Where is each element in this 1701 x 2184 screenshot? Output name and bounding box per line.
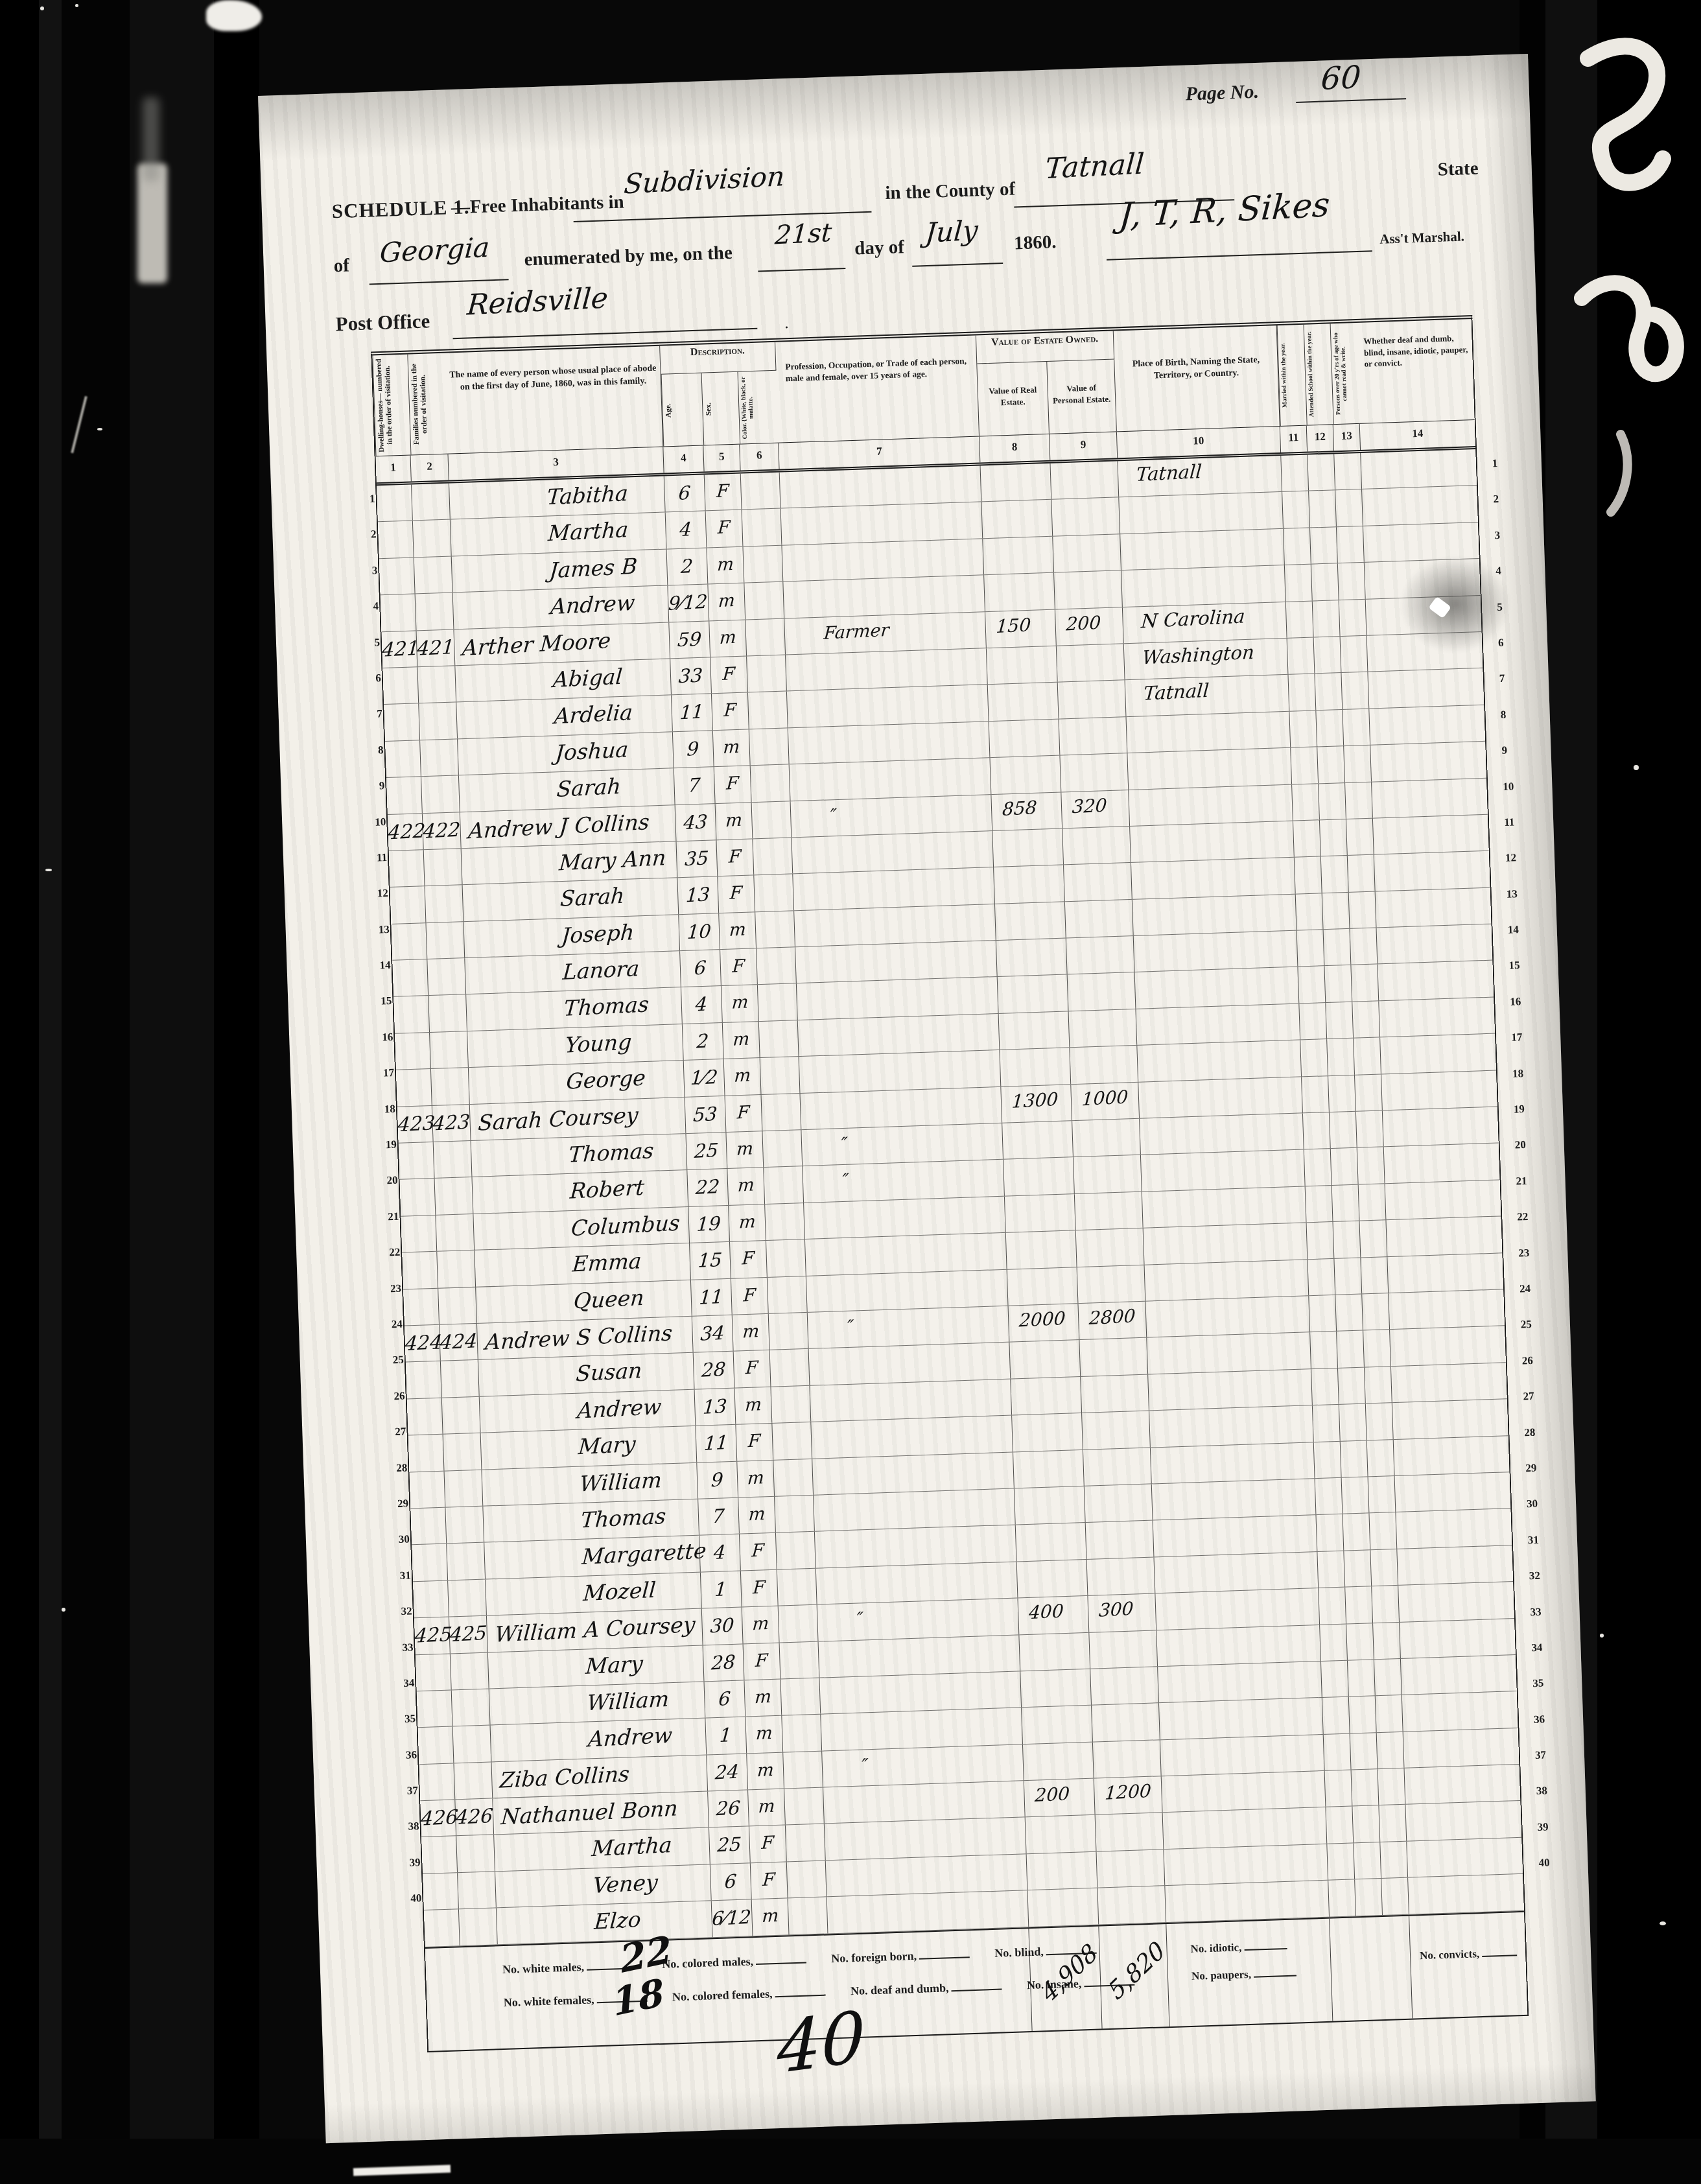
family-number-cell — [445, 1507, 484, 1544]
married-cell — [1291, 747, 1319, 784]
school-cell — [1326, 1002, 1354, 1039]
row-number: 7 — [1499, 657, 1530, 694]
name-cell: Martha — [451, 513, 667, 556]
condition-cell — [1369, 705, 1485, 745]
color-cell — [760, 1057, 801, 1094]
dwelling-number-cell — [410, 1508, 447, 1545]
personal-estate-cell — [1075, 1192, 1144, 1230]
school-cell — [1349, 1696, 1377, 1733]
cannot-read-cell — [1357, 1147, 1385, 1184]
married-cell — [1311, 1368, 1339, 1405]
sex-cell: m — [748, 1789, 786, 1826]
school-cell — [1338, 1367, 1366, 1404]
col5-header: Sex. — [701, 372, 740, 445]
name-cell: Emma — [475, 1243, 691, 1286]
birthplace-cell — [1141, 1150, 1306, 1192]
col6-header: Color. {White, black, or mulatto. — [738, 371, 779, 444]
sex-cell: m — [752, 1899, 790, 1936]
name-cell: Abigal — [455, 659, 672, 701]
row-number: 37 — [1534, 1734, 1566, 1771]
age-cell: 13 — [695, 1388, 736, 1425]
condition-cell — [1363, 523, 1479, 562]
film-speck — [40, 6, 44, 10]
dwelling-number-cell — [385, 740, 421, 777]
real-estate-cell — [1005, 1194, 1076, 1232]
col12-header: Attended School within the year. — [1304, 323, 1333, 425]
row-number: 38 — [1536, 1770, 1567, 1807]
color-cell — [749, 728, 790, 765]
film-splotch — [206, 0, 262, 31]
school-cell — [1309, 491, 1337, 528]
name-cell: Queen — [476, 1280, 692, 1322]
school-cell — [1345, 1586, 1373, 1623]
age-cell: 4 — [681, 987, 723, 1024]
condition-cell — [1385, 1180, 1501, 1219]
sex-cell: m — [747, 1752, 784, 1789]
white-females-total: 18 — [611, 1969, 666, 2025]
real-estate-cell — [1017, 1560, 1088, 1598]
birthplace-cell — [1165, 1881, 1330, 1922]
occupation-cell — [797, 977, 999, 1020]
age-cell: 15 — [690, 1242, 731, 1279]
dwelling-number-cell — [403, 1288, 440, 1325]
school-cell — [1348, 1660, 1376, 1697]
married-cell — [1304, 1149, 1332, 1186]
cannot-read-cell — [1366, 1403, 1394, 1440]
occupation-cell — [809, 1343, 1011, 1385]
cannot-read-cell — [1344, 746, 1372, 782]
age-cell: 34 — [692, 1315, 734, 1352]
real-estate-cell: 858 — [991, 792, 1062, 830]
post-office-underline — [453, 327, 758, 340]
school-cell — [1355, 1879, 1383, 1916]
dwelling-number-cell — [382, 667, 419, 704]
convicts-label: No. convicts, — [1420, 1947, 1480, 1962]
color-cell — [758, 984, 798, 1021]
school-cell — [1332, 1184, 1360, 1221]
film-speck — [1600, 1634, 1604, 1638]
family-number-cell — [428, 995, 467, 1032]
cannot-read-cell — [1372, 1586, 1400, 1623]
dwelling-number-cell — [390, 886, 427, 923]
sex-cell: F — [714, 766, 752, 803]
occupation-cell — [790, 758, 992, 801]
row-number: 33 — [382, 1626, 414, 1663]
row-number: 22 — [370, 1232, 401, 1269]
condition-cell — [1372, 778, 1488, 817]
birthplace-cell — [1162, 1771, 1326, 1813]
condition-cell — [1378, 961, 1494, 1000]
age-cell: 11 — [672, 694, 713, 731]
occupation-cell — [816, 1562, 1018, 1604]
row-number: 8 — [353, 729, 384, 766]
dwelling-number-cell — [392, 959, 428, 996]
married-cell — [1319, 1588, 1346, 1625]
row-number: 21 — [1516, 1160, 1547, 1197]
row-number: 26 — [1521, 1339, 1553, 1376]
personal-estate-cell — [1089, 1630, 1158, 1669]
name-cell: Nathanuel Bonn — [493, 1791, 709, 1834]
married-cell — [1286, 601, 1314, 638]
marshal-signature: J, T, R, Sikes — [1118, 185, 1331, 235]
condition-cell — [1392, 1399, 1508, 1438]
family-number-cell — [425, 886, 464, 922]
school-cell — [1313, 600, 1341, 637]
condition-cell — [1398, 1582, 1514, 1621]
sex-cell: F — [716, 839, 754, 876]
condition-cell — [1366, 595, 1482, 635]
dwelling-number-cell — [396, 1069, 432, 1106]
personal-estate-cell — [1090, 1667, 1159, 1705]
film-speck — [1660, 1921, 1666, 1925]
condition-cell — [1362, 486, 1478, 525]
row-number: 5 — [349, 622, 381, 659]
married-cell — [1299, 1003, 1327, 1040]
personal-estate-cell — [1076, 1228, 1145, 1267]
name-cell: William A Coursey — [487, 1609, 703, 1652]
row-number: 22 — [1516, 1195, 1547, 1232]
row-number: 29 — [1525, 1447, 1556, 1484]
sex-cell: m — [744, 1679, 782, 1716]
family-number-cell — [454, 1762, 493, 1799]
occupation-cell — [810, 1379, 1012, 1422]
personal-estate-cell — [1058, 680, 1127, 718]
row-number: 31 — [1527, 1518, 1558, 1555]
row-number: 2 — [1493, 478, 1524, 515]
birthplace-cell — [1149, 1405, 1314, 1447]
married-cell — [1297, 930, 1325, 967]
school-cell — [1334, 1258, 1362, 1295]
married-cell — [1313, 1405, 1341, 1442]
marshal-title: Ass't Marshal. — [1379, 228, 1464, 247]
real-estate-cell — [1006, 1230, 1077, 1269]
family-number-cell — [456, 1835, 495, 1872]
married-cell — [1289, 710, 1317, 747]
personal-estate-cell: 2800 — [1078, 1302, 1147, 1340]
birthplace-cell — [1120, 529, 1285, 570]
cannot-read-cell — [1334, 453, 1362, 490]
occupation-cell: ″ — [801, 1123, 1003, 1166]
personal-estate-cell — [1066, 936, 1135, 974]
month-underline — [912, 262, 1003, 267]
real-estate-cell — [1027, 1888, 1099, 1927]
row-number: 32 — [382, 1591, 413, 1628]
film-left-strip — [0, 0, 259, 2184]
sex-cell: F — [710, 656, 748, 693]
family-number-cell — [448, 1579, 487, 1616]
real-estate-cell: 400 — [1018, 1596, 1089, 1634]
film-streak-faint — [143, 97, 159, 182]
row-number: 17 — [1510, 1016, 1542, 1053]
cannot-read-cell — [1367, 1440, 1395, 1477]
row-number: 10 — [355, 801, 386, 838]
cannot-read-cell — [1369, 1512, 1397, 1549]
name-cell: Mary Ann — [462, 841, 678, 884]
color-cell — [747, 655, 787, 692]
personal-estate-cell — [1069, 1009, 1138, 1048]
family-number-cell — [419, 703, 458, 740]
personal-estate-cell: 320 — [1061, 790, 1130, 828]
row-number: 1 — [1492, 442, 1523, 479]
married-cell — [1327, 1843, 1355, 1880]
column-number: 1 — [376, 455, 412, 482]
personal-estate-cell — [1054, 570, 1123, 609]
row-number: 2 — [346, 514, 377, 551]
color-cell — [741, 473, 781, 510]
dwelling-number-cell: 423 — [397, 1106, 434, 1143]
personal-estate-cell — [1086, 1521, 1155, 1559]
sex-cell: F — [718, 876, 755, 913]
color-cell — [780, 1641, 820, 1678]
name-cell: Robert — [472, 1170, 688, 1213]
foreign-born-blank — [919, 1956, 970, 1960]
age-cell: 10 — [679, 913, 720, 950]
married-cell — [1298, 967, 1326, 1004]
cannot-read-cell — [1373, 1622, 1401, 1659]
column-number: 9 — [1050, 432, 1118, 460]
school-cell — [1319, 782, 1346, 819]
family-number-cell — [444, 1470, 483, 1507]
condition-cell — [1405, 1765, 1521, 1804]
cannot-read-cell — [1376, 1695, 1403, 1732]
name-cell: Sarah Coursey — [470, 1098, 686, 1140]
birthplace-cell — [1131, 858, 1296, 899]
birthplace-cell — [1130, 821, 1295, 863]
age-cell: 25 — [686, 1133, 727, 1169]
real-estate-cell — [981, 464, 1052, 502]
dwelling-number-cell — [419, 1763, 455, 1800]
sex-cell: F — [725, 1095, 763, 1132]
cannot-read-cell — [1341, 672, 1369, 709]
age-cell: 6 — [664, 475, 706, 511]
real-estate-cell — [1012, 1413, 1083, 1451]
color-cell — [771, 1386, 811, 1423]
occupation-cell — [812, 1452, 1015, 1495]
personal-estate-cell: 1000 — [1071, 1082, 1140, 1120]
film-speck — [45, 869, 52, 871]
occupation-cell — [793, 867, 995, 910]
school-cell — [1311, 563, 1339, 600]
occupation-cell — [782, 539, 984, 581]
real-estate-total-cell: 4,908 — [1029, 1926, 1102, 2030]
color-cell — [769, 1313, 809, 1350]
sex-cell: m — [738, 1497, 776, 1534]
birthplace-cell — [1137, 1040, 1302, 1082]
age-cell: 33 — [670, 657, 712, 694]
sex-cell: F — [736, 1424, 773, 1461]
color-cell — [772, 1422, 812, 1459]
dwelling-number-cell — [413, 1580, 449, 1617]
married-cell — [1308, 1259, 1335, 1296]
row-number: 32 — [1529, 1555, 1560, 1591]
married-cell — [1325, 1770, 1353, 1807]
name-cell: Mary — [481, 1426, 698, 1469]
column-number: 11 — [1280, 426, 1308, 452]
name-cell: Veney — [495, 1864, 712, 1907]
row-number: 4 — [1495, 550, 1526, 587]
occupation-cell — [814, 1488, 1016, 1531]
birthplace-cell — [1156, 1625, 1321, 1666]
family-number-cell — [416, 593, 454, 630]
row-number: 19 — [1513, 1088, 1544, 1125]
row-number: 24 — [1519, 1267, 1550, 1304]
page-no-value: 60 — [1320, 59, 1362, 97]
real-estate-cell — [1009, 1340, 1081, 1378]
month-value: July — [924, 215, 980, 249]
page-total-handwritten: 40 — [777, 1996, 865, 2090]
school-cell — [1344, 1550, 1372, 1587]
family-number-cell — [443, 1433, 482, 1470]
real-estate-cell — [1007, 1267, 1079, 1306]
age-cell: 25 — [709, 1827, 751, 1864]
family-number-cell: 421 — [416, 629, 455, 666]
condition-cell — [1361, 449, 1477, 489]
condition-cell — [1397, 1545, 1513, 1585]
birthplace-cell — [1160, 1735, 1325, 1776]
dwelling-number-cell — [377, 484, 413, 521]
condition-cell — [1405, 1801, 1521, 1840]
personal-estate-cell — [1072, 1119, 1141, 1157]
personal-estate-cell — [1070, 1046, 1138, 1084]
cannot-read-cell — [1354, 1038, 1381, 1075]
birthplace-cell — [1163, 1807, 1328, 1849]
personal-estate-cell — [1082, 1411, 1151, 1450]
color-cell — [788, 1897, 828, 1934]
condition-cell — [1368, 668, 1484, 708]
film-edge-scrawl — [1543, 19, 1698, 538]
occupation-cell — [792, 831, 994, 874]
column-number: 6 — [740, 443, 779, 471]
condition-cell — [1370, 742, 1486, 781]
deaf-dumb-blank — [952, 1988, 1002, 1991]
color-cell — [759, 1020, 799, 1057]
schedule-label: SCHEDULE 1. — [331, 195, 470, 223]
birthplace-cell: Tatnall — [1125, 675, 1290, 716]
personal-estate-cell — [1053, 534, 1121, 572]
row-number: 9 — [354, 765, 385, 802]
personal-estate-cell — [1068, 972, 1136, 1011]
page-no-label: Page No. — [1185, 81, 1259, 106]
column-number: 8 — [980, 434, 1050, 463]
condition-cell — [1379, 997, 1495, 1037]
dwelling-number-cell — [391, 923, 427, 960]
color-cell — [754, 875, 794, 911]
family-number-cell — [453, 1726, 492, 1763]
table-body: Tabitha 6 F Tatnall Martha 4 F James B 2… — [377, 449, 1524, 1947]
cannot-read-cell — [1370, 1549, 1398, 1586]
school-cell — [1315, 673, 1343, 710]
condition-cell — [1394, 1436, 1510, 1475]
dwelling-number-cell — [399, 1142, 435, 1179]
married-cell — [1303, 1112, 1331, 1149]
condition-cell — [1407, 1838, 1523, 1877]
school-cell — [1354, 1842, 1381, 1879]
color-cell — [782, 1715, 822, 1752]
condition-cell — [1365, 559, 1481, 598]
occupation-cell — [823, 1781, 1026, 1824]
personal-estate-cell — [1057, 644, 1125, 682]
personal-estate-cell — [1060, 753, 1129, 792]
state-value: Georgia — [379, 231, 491, 269]
condition-cell — [1373, 815, 1489, 854]
birthplace-cell — [1136, 1004, 1300, 1045]
row-number: 35 — [385, 1698, 416, 1735]
dwelling-number-cell — [424, 1909, 460, 1946]
sex-cell: F — [741, 1569, 779, 1606]
family-number-cell — [426, 922, 465, 959]
cannot-read-cell — [1359, 1220, 1387, 1257]
family-number-cell — [414, 556, 453, 593]
married-cell — [1300, 1039, 1328, 1076]
personal-estate-cell — [1097, 1849, 1166, 1888]
row-number: 31 — [381, 1555, 412, 1591]
sex-cell: m — [709, 620, 747, 657]
row-number: 38 — [389, 1806, 420, 1843]
cannot-read-cell — [1380, 1842, 1408, 1879]
family-number-cell — [431, 1068, 470, 1105]
age-cell: 11 — [696, 1425, 737, 1462]
personal-estate-cell: 1200 — [1094, 1776, 1163, 1814]
family-number-cell: 423 — [432, 1105, 471, 1142]
family-number-cell — [438, 1287, 477, 1324]
sex-cell: m — [724, 1058, 762, 1095]
condition-cell — [1391, 1363, 1507, 1402]
real-estate-cell — [996, 938, 1068, 976]
title-pre: —Free Inhabitants in — [451, 191, 624, 218]
row-number: 11 — [1503, 801, 1534, 838]
school-cell — [1324, 929, 1352, 966]
occupation-cell — [781, 502, 983, 545]
personal-estate-cell — [1050, 461, 1119, 499]
dwelling-number-cell — [406, 1361, 442, 1398]
birthplace-cell — [1152, 1479, 1317, 1520]
personal-estate-cell — [1051, 498, 1120, 536]
real-estate-cell — [999, 1011, 1070, 1050]
family-number-cell — [424, 849, 463, 886]
cannot-read-cell — [1345, 782, 1373, 819]
married-cell — [1306, 1186, 1333, 1223]
occupation-cell — [825, 1818, 1027, 1861]
sex-cell: m — [742, 1606, 780, 1643]
cannot-read-cell — [1337, 526, 1365, 563]
row-number: 30 — [379, 1519, 410, 1556]
row-number: 6 — [351, 657, 382, 694]
age-cell: 26 — [708, 1790, 749, 1827]
idiotic-label: No. idiotic, — [1190, 1941, 1241, 1955]
name-cell: Young — [467, 1024, 684, 1067]
occupation-cell — [783, 575, 985, 618]
birthplace-cell — [1151, 1442, 1315, 1484]
row-number: 23 — [371, 1267, 402, 1304]
row-number: 20 — [1514, 1124, 1545, 1161]
personal-estate-cell — [1083, 1448, 1152, 1486]
age-cell: 43 — [675, 804, 717, 841]
occupation-cell — [811, 1416, 1013, 1459]
color-cell — [757, 947, 797, 984]
condition-cell — [1390, 1326, 1506, 1366]
cannot-read-cell — [1355, 1074, 1383, 1111]
occupation-cell — [800, 1086, 1002, 1129]
row-number: 12 — [358, 873, 389, 910]
family-number-cell: 426 — [455, 1798, 494, 1835]
real-estate-cell — [1015, 1486, 1086, 1525]
cannot-read-cell — [1368, 1476, 1396, 1513]
idiotic-blank — [1245, 1947, 1287, 1951]
row-number: 17 — [364, 1052, 395, 1089]
paupers-label: No. paupers, — [1191, 1967, 1252, 1982]
color-cell — [762, 1094, 802, 1131]
of-word: of — [333, 255, 349, 277]
